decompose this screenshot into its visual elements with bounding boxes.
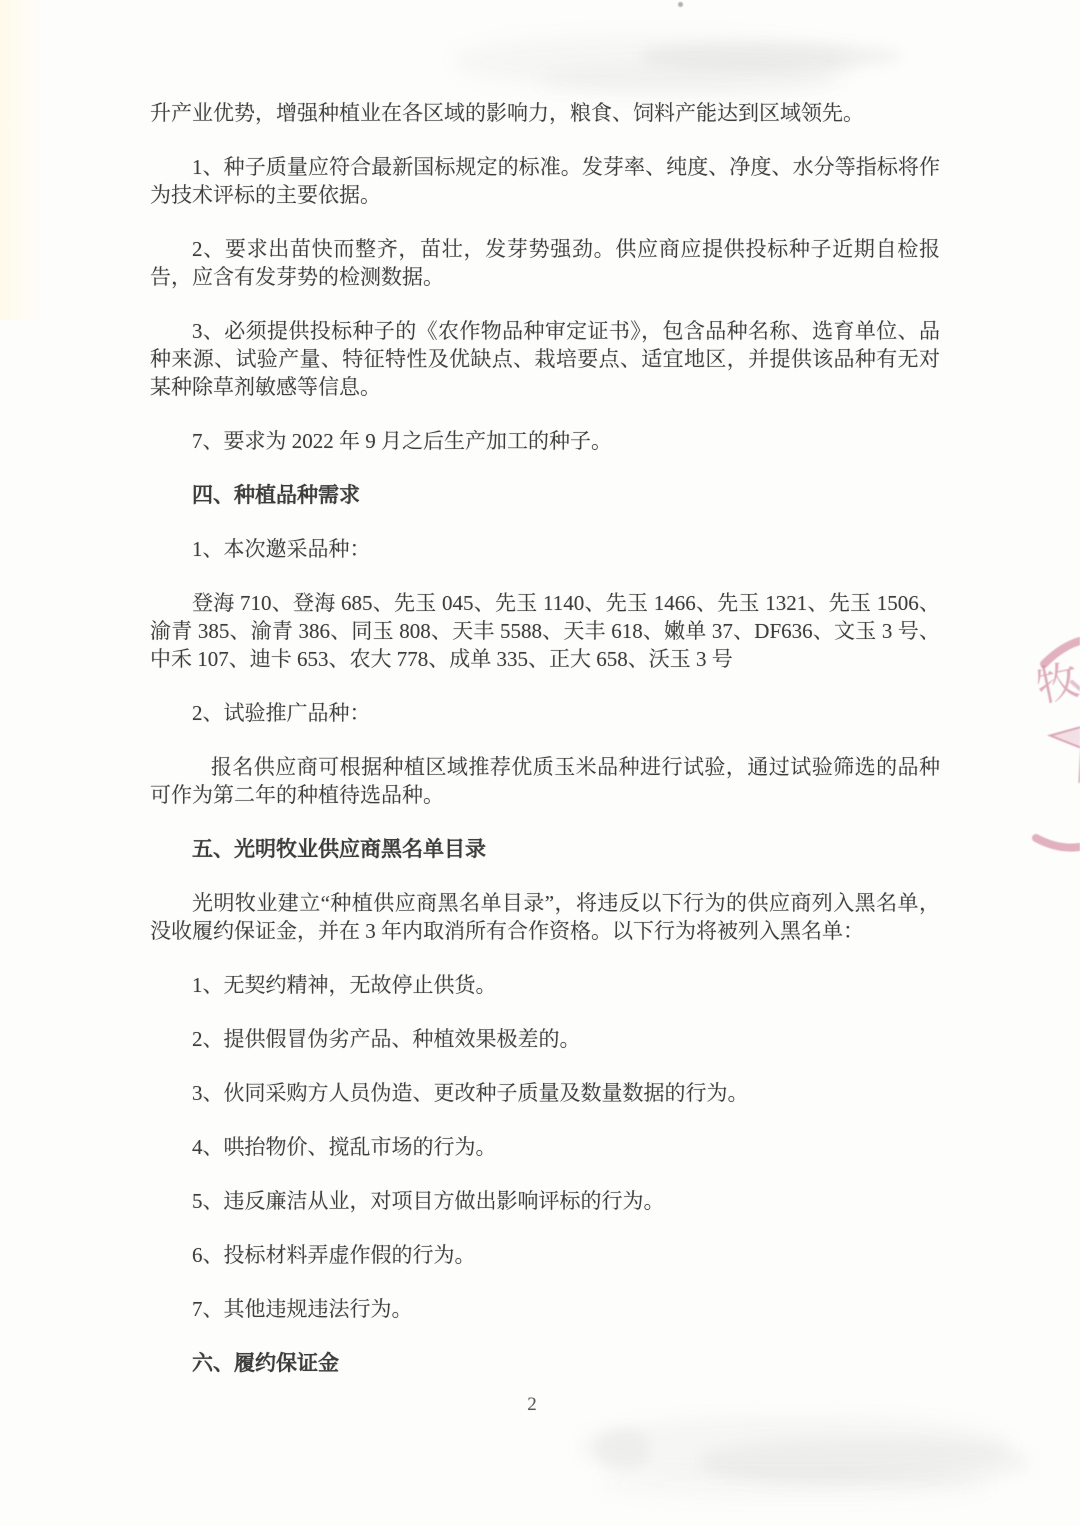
blacklist-intro-paragraph: 光明牧业建立“种植供应商黑名单目录”，将违反以下行为的供应商列入黑名单，没收履约… — [150, 889, 940, 945]
scan-smudge — [596, 1428, 650, 1472]
scan-smudge — [600, 1468, 990, 1500]
document-page: 升产业优势，增强种植业在各区域的影响力，粮食、饲料产能达到区域领先。 1、种子质… — [0, 0, 1080, 1526]
paragraph-intro-continuation: 升产业优势，增强种植业在各区域的影响力，粮食、饲料产能达到区域领先。 — [150, 99, 940, 127]
page-number: 2 — [0, 1394, 1064, 1416]
blacklist-item-1: 1、无契约精神，无故停止供货。 — [150, 971, 940, 999]
document-body: 升产业优势，增强种植业在各区域的影响力，粮食、饲料产能达到区域领先。 1、种子质… — [150, 0, 940, 1403]
stamp-star — [1050, 694, 1080, 781]
section-heading-5: 五、光明牧业供应商黑名单目录 — [150, 835, 940, 863]
trial-varieties-paragraph: 报名供应商可根据种植区域推荐优质玉米品种进行试验，通过试验筛选的品种可作为第二年… — [150, 753, 940, 809]
red-seal-stamp-icon: 牧 — [1018, 620, 1080, 870]
blacklist-item-7: 7、其他违规违法行为。 — [150, 1295, 940, 1323]
variety-list: 登海 710、登海 685、先玉 045、先玉 1140、先玉 1466、先玉 … — [150, 589, 940, 673]
blacklist-item-2: 2、提供假冒伪劣产品、种植效果极差的。 — [150, 1025, 940, 1053]
blacklist-item-5: 5、违反廉洁从业，对项目方做出影响评标的行为。 — [150, 1187, 940, 1215]
subsection-trial-varieties: 2、试验推广品种： — [150, 699, 940, 727]
blacklist-item-6: 6、投标材料弄虚作假的行为。 — [150, 1241, 940, 1269]
section-heading-4: 四、种植品种需求 — [150, 481, 940, 509]
requirement-item-1: 1、种子质量应符合最新国标规定的标准。发芽率、纯度、净度、水分等指标将作为技术评… — [150, 153, 940, 209]
scan-edge-tint — [0, 0, 46, 320]
blacklist-item-3: 3、伙同采购方人员伪造、更改种子质量及数量数据的行为。 — [150, 1079, 940, 1107]
subsection-invited-varieties: 1、本次邀采品种： — [150, 535, 940, 563]
section-heading-6: 六、履约保证金 — [150, 1349, 940, 1377]
requirement-item-7: 7、要求为 2022 年 9 月之后生产加工的种子。 — [150, 427, 940, 455]
requirement-item-2: 2、要求出苗快而整齐，苗壮，发芽势强劲。供应商应提供投标种子近期自检报告，应含有… — [150, 235, 940, 291]
blacklist-item-4: 4、哄抬物价、搅乱市场的行为。 — [150, 1133, 940, 1161]
scan-smudge — [580, 1416, 1010, 1478]
requirement-item-3: 3、必须提供投标种子的《农作物品种审定证书》，包含品种名称、选育单位、品种来源、… — [150, 317, 940, 401]
scan-smudge — [700, 1438, 1030, 1486]
stamp-character: 牧 — [1033, 658, 1080, 712]
